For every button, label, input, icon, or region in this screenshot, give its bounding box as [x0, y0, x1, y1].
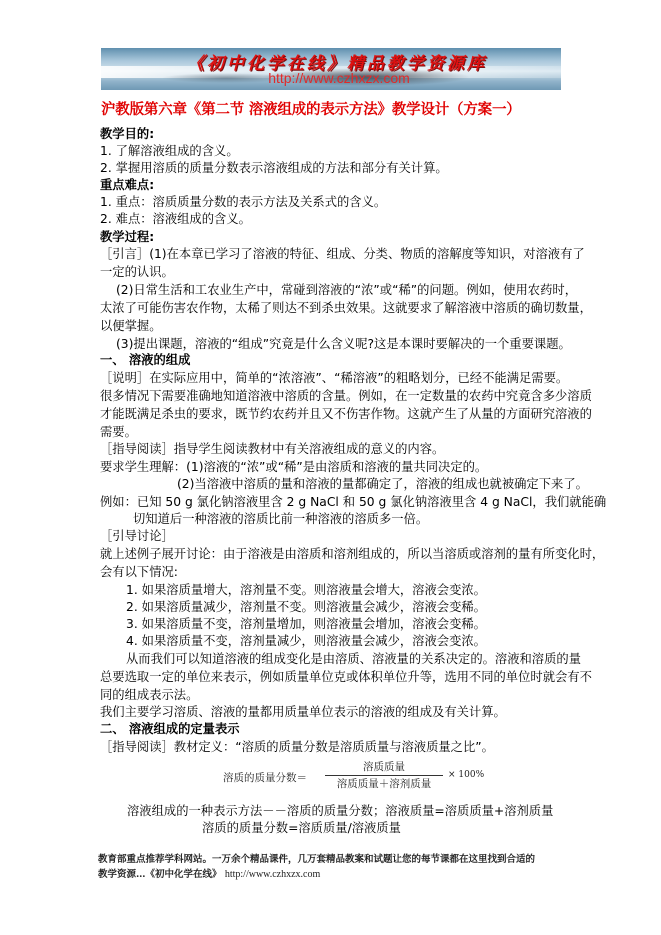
formula-numerator: 溶质质量 — [323, 759, 445, 775]
key-point-item: 2. 难点：溶液组成的含义。 — [100, 211, 251, 228]
intro-line: (2)日常生活和工农业生产中，常碰到溶液的“浓”或“稀”的问题。例如，使用农药时… — [116, 282, 577, 299]
document-title: 沪教版第六章《第二节 溶液组成的表示方法》教学设计（方案一） — [101, 98, 571, 119]
conclusion-line: 我们主要学习溶质、溶液的量都用质量单位表示的溶液的组成及有关计算。 — [100, 704, 506, 721]
case-item: 1. 如果溶质量增大，溶剂量不变。则溶液量会增大，溶液会变浓。 — [126, 582, 486, 599]
footer: 教育部重点推荐学科网站。一万余个精品课件，几万套精品教案和试题让您的每节课都在这… — [98, 852, 578, 882]
understanding-line: 要求学生理解：(1)溶液的“浓”或“稀”是由溶质和溶液的量共同决定的。 — [100, 459, 487, 476]
objective-item: 1. 了解溶液组成的含义。 — [100, 143, 239, 160]
conclusion-line: 从而我们可以知道溶液的组成变化是由溶质、溶液量的关系决定的。溶液和溶质的量 — [126, 651, 581, 668]
key-point-item: 1. 重点：溶质质量分数的表示方法及关系式的含义。 — [100, 194, 386, 211]
mass-fraction-formula: 溶质的质量分数＝ 溶质质量 溶质质量＋溶剂质量 × 100% — [220, 759, 470, 795]
discussion-line: 会有以下情况: — [100, 564, 178, 581]
summary-line: 溶质的质量分数=溶质质量/溶液质量 — [202, 820, 401, 837]
understanding-line: (2)当溶液中溶质的量和溶液的量都确定了，溶液的组成也就被确定下来了。 — [177, 476, 588, 493]
footer-url-link[interactable]: http://www.czhxzx.com — [225, 869, 320, 880]
conclusion-line: 总要选取一定的单位来表示，例如质量单位克或体积单位升等，选用不同的单位时就会有不 — [100, 669, 592, 686]
case-item: 3. 如果溶质量不变，溶剂量增加，则溶液量会增加，溶液会变稀。 — [126, 616, 486, 633]
example-line: 切知道后一种溶液的溶质比前一种溶液的溶质多一倍。 — [133, 511, 428, 528]
discussion-label: ［引导讨论］ — [100, 528, 174, 545]
banner-url[interactable]: http://www.czhxzx.com — [249, 70, 429, 86]
process-heading: 教学过程: — [100, 229, 154, 246]
section1-heading: 一、 溶液的组成 — [100, 352, 190, 369]
formula-lhs: 溶质的质量分数＝ — [223, 770, 307, 785]
conclusion-line: 同的组成表示法。 — [100, 687, 198, 704]
example-line: 例如：已知 50 g 氯化钠溶液里含 2 g NaCl 和 50 g 氯化钠溶液… — [100, 494, 606, 511]
intro-line: (3)提出课题，溶液的“组成”究竟是什么含义呢?这是本课时要解决的一个重要课题。 — [116, 336, 571, 353]
intro-line: 太浓了可能伤害农作物，太稀了则达不到杀虫效果。这就要求了解溶液中溶质的确切数量， — [100, 300, 592, 317]
banner: 《初中化学在线》精品教学资源库 http://www.czhxzx.com — [101, 48, 561, 90]
explanation-line: 很多情况下需要准确地知道溶液中溶质的含量。例如，在一定数量的农药中究竟含多少溶质 — [100, 388, 592, 405]
guided-reading-1: ［指导阅读］指导学生阅读教材中有关溶液组成的意义的内容。 — [100, 441, 444, 458]
guided-reading-2: ［指导阅读］教材定义：“溶质的质量分数是溶质质量与溶液质量之比”。 — [100, 739, 494, 756]
explanation-line: 才能既满足杀虫的要求，既节约农药并且又不伤害作物。这就产生了从量的方面研究溶液的 — [100, 406, 592, 423]
footer-text-line1: 教育部重点推荐学科网站。一万余个精品课件，几万套精品教案和试题让您的每节课都在这… — [98, 852, 578, 867]
formula-multiplier: × 100% — [448, 770, 484, 780]
explanation-line: 需要。 — [100, 424, 137, 441]
case-item: 4. 如果溶质量不变，溶剂量减少，则溶液量会减少，溶液会变浓。 — [126, 633, 486, 650]
footer-text-line2: 教学资源…《初中化学在线》 http://www.czhxzx.com — [98, 867, 578, 882]
explanation-line: ［说明］在实际应用中，简单的“浓溶液”、“稀溶液”的粗略划分，已经不能满足需要。 — [100, 370, 568, 387]
key-points-heading: 重点难点: — [100, 177, 154, 194]
formula-denominator: 溶质质量＋溶剂质量 — [323, 776, 445, 792]
formula-fraction: 溶质质量 溶质质量＋溶剂质量 — [323, 759, 445, 792]
summary-line: 溶液组成的一种表示方法－－溶质的质量分数；溶液质量=溶质质量+溶剂质量 — [127, 803, 553, 820]
footer-site-name: 教学资源…《初中化学在线》 — [98, 869, 222, 880]
intro-line: 一定的认识。 — [100, 264, 174, 281]
intro-line: 以便掌握。 — [100, 318, 162, 335]
section2-heading: 二、 溶液组成的定量表示 — [100, 721, 240, 738]
discussion-line: 就上述例子展开讨论：由于溶液是由溶质和溶剂组成的，所以当溶质或溶剂的量有所变化时… — [100, 546, 604, 563]
case-item: 2. 如果溶质量减少，溶剂量不变。则溶液量会减少，溶液会变稀。 — [126, 599, 486, 616]
intro-line: ［引言］(1)在本章已学习了溶液的特征、组成、分类、物质的溶解度等知识，对溶液有… — [100, 246, 585, 263]
objectives-heading: 教学目的: — [100, 126, 154, 143]
objective-item: 2. 掌握用溶质的质量分数表示溶液组成的方法和部分有关计算。 — [100, 160, 448, 177]
